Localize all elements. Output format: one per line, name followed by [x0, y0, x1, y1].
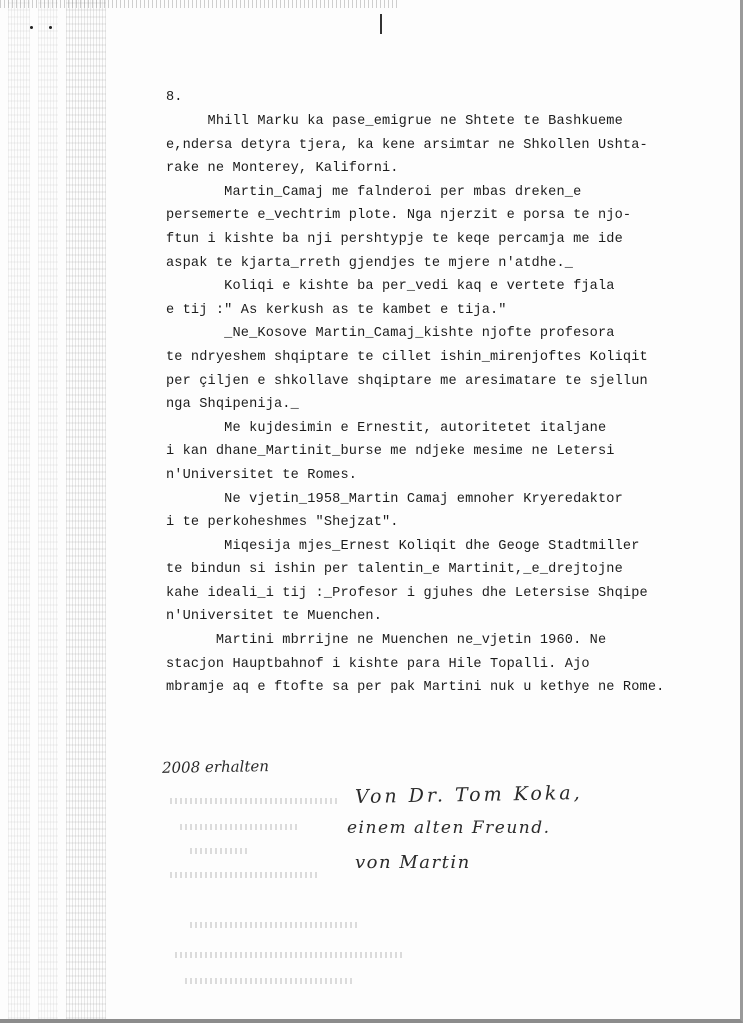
- typewritten-text: 8. Mhill Marku ka pase_emigrue ne Shtete…: [166, 86, 736, 700]
- text-line: aspak te kjarta_rreth gjendjes te mjere …: [166, 252, 736, 276]
- text-line: mbramje aq e ftofte sa per pak Martini n…: [166, 676, 736, 700]
- handwritten-dedication-line: Von Dr. Tom Koka,: [355, 782, 583, 808]
- paragraphs: Mhill Marku ka pase_emigrue ne Shtete te…: [166, 110, 736, 700]
- text-line: ftun i kishte ba nji pershtypje te keqe …: [166, 228, 736, 252]
- text-line: i kan dhane_Martinit_burse me ndjeke mes…: [166, 440, 736, 464]
- text-line: Martini mbrrijne ne Muenchen ne_vjetin 1…: [166, 629, 736, 653]
- scan-artifact-strip: [38, 0, 58, 1019]
- text-line: te bindun si ishin per talentin_e Martin…: [166, 558, 736, 582]
- bleed-through-text: [190, 922, 360, 928]
- text-line: _Ne_Kosove Martin_Camaj_kishte njofte pr…: [166, 322, 736, 346]
- text-line: Mhill Marku ka pase_emigrue ne Shtete te…: [166, 110, 736, 134]
- scan-artifact-strip: [8, 0, 30, 1019]
- text-line: Me kujdesimin e Ernestit, autoritetet it…: [166, 417, 736, 441]
- text-line: e,ndersa detyra tjera, ka kene arsimtar …: [166, 134, 736, 158]
- scan-artifact-strip: [66, 0, 106, 1019]
- text-line: kahe ideali_i tij :_Profesor i gjuhes dh…: [166, 582, 736, 606]
- text-line: n'Universitet te Muenchen.: [166, 605, 736, 629]
- handwritten-note: 2008 erhalten: [162, 757, 269, 777]
- scanned-page: 8. Mhill Marku ka pase_emigrue ne Shtete…: [0, 0, 743, 1023]
- bleed-through-text: [170, 798, 340, 804]
- text-line: Ne vjetin_1958_Martin Camaj emnoher Krye…: [166, 488, 736, 512]
- text-line: Miqesija mjes_Ernest Koliqit dhe Geoge S…: [166, 535, 736, 559]
- scan-speck: [30, 26, 33, 29]
- text-line: te ndryeshem shqiptare te cillet ishin_m…: [166, 346, 736, 370]
- text-line: stacjon Hauptbahnof i kishte para Hile T…: [166, 653, 736, 677]
- text-line: rake ne Monterey, Kaliforni.: [166, 157, 736, 181]
- scan-artifact-top: [0, 0, 400, 8]
- bleed-through-text: [180, 824, 300, 830]
- bleed-through-text: [185, 978, 355, 984]
- bleed-through-text: [190, 848, 250, 854]
- bleed-through-text: [170, 872, 320, 878]
- page-number: 8.: [166, 86, 736, 110]
- text-line: i te perkoheshmes "Shejzat".: [166, 511, 736, 535]
- text-line: Koliqi e kishte ba per_vedi kaq e vertet…: [166, 275, 736, 299]
- scan-mark: [380, 14, 382, 34]
- text-line: per çiljen e shkollave shqiptare me ares…: [166, 370, 736, 394]
- text-line: e tij :" As kerkush as te kambet e tija.…: [166, 299, 736, 323]
- text-line: Martin_Camaj me falnderoi per mbas dreke…: [166, 181, 736, 205]
- text-line: n'Universitet te Romes.: [166, 464, 736, 488]
- handwritten-dedication-line: einem alten Freund.: [347, 818, 551, 838]
- text-line: nga Shqipenija._: [166, 393, 736, 417]
- bleed-through-text: [175, 952, 405, 958]
- handwritten-dedication-line: von Martin: [355, 852, 471, 873]
- text-line: persemerte e_vechtrim plote. Nga njerzit…: [166, 204, 736, 228]
- scan-speck: [49, 26, 52, 29]
